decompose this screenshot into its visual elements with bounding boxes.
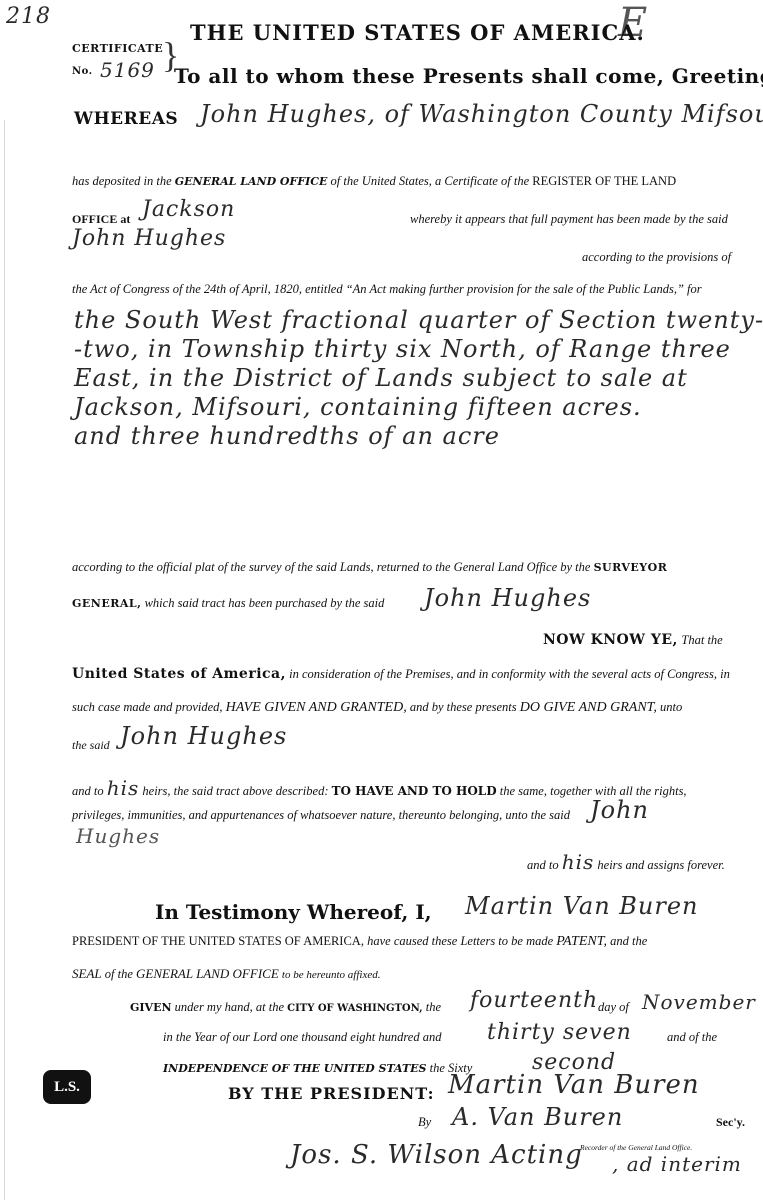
- recorder-signature: Jos. S. Wilson Acting: [290, 1140, 583, 1170]
- seal-text: SEAL: [72, 966, 102, 981]
- to-have-and-to-hold: TO HAVE AND TO HOLD: [332, 784, 497, 798]
- and-to-text: and to: [72, 784, 104, 798]
- year-handwritten: thirty seven: [487, 1020, 632, 1045]
- description-line: and three hundredths of an acre: [74, 422, 763, 451]
- office-at-label: OFFICE at: [72, 212, 130, 227]
- given-text: GIVEN: [130, 1001, 172, 1014]
- number-label: No.: [72, 66, 93, 77]
- whereby-text: whereby it appears that full payment has…: [410, 212, 728, 227]
- page-margin-line: [4, 120, 5, 1200]
- under-hand-text: under my hand, at the: [175, 1000, 284, 1014]
- seal-line: SEAL of the GENERAL LAND OFFICE to be he…: [72, 966, 380, 982]
- grantee-name-3b: Hughes: [76, 824, 160, 848]
- deposited-text: deposited in the: [93, 174, 172, 188]
- office-location: Jackson: [142, 197, 235, 222]
- page-number: 218: [6, 4, 51, 29]
- the-text: the: [426, 1000, 441, 1014]
- description-line: Jackson, Mifsouri, containing fifteen ac…: [74, 393, 763, 422]
- payer-name: John Hughes: [72, 226, 226, 251]
- grantee-name: John Hughes, of Washington County Mifsou…: [200, 100, 763, 128]
- whereas-label: WHEREAS: [74, 109, 178, 129]
- privileges-text: privileges, immunities, and appurtenance…: [72, 808, 570, 823]
- caused-text: have caused these Letters to be made: [367, 934, 553, 948]
- do-give-text: DO GIVE AND GRANT,: [520, 700, 657, 715]
- survey-text: according to the official plat of the su…: [72, 560, 590, 574]
- that-the-text: That the: [681, 633, 722, 647]
- provisions-text: according to the provisions of: [582, 250, 731, 265]
- purchaser-name: John Hughes: [424, 584, 591, 612]
- certificate-number: 5169: [100, 58, 155, 82]
- register-text: REGISTER OF THE LAND: [532, 174, 676, 188]
- description-line: the South West fractional quarter of Sec…: [74, 306, 763, 335]
- affixed-text: to be hereunto affixed.: [282, 969, 381, 981]
- document-title: THE UNITED STATES OF AMERICA.: [190, 20, 645, 45]
- have-given-text: HAVE GIVEN AND GRANTED,: [226, 700, 407, 715]
- surveyor-text: SURVEYOR: [594, 561, 668, 574]
- general-land-office-text: GENERAL LAND OFFICE: [136, 966, 279, 981]
- seal-ls: L.S.: [43, 1070, 91, 1104]
- by-label: By: [418, 1115, 431, 1130]
- president-name: Martin Van Buren: [465, 892, 699, 920]
- purchased-line: GENERAL, which said tract has been purch…: [72, 596, 384, 611]
- grantee-name-2: John Hughes: [120, 722, 287, 750]
- general-text: GENERAL,: [72, 597, 141, 610]
- patent-text: PATENT,: [556, 934, 607, 949]
- heirs-forever-line: and to his heirs and assigns forever.: [527, 850, 725, 874]
- secretary-signature: A. Van Buren: [452, 1103, 623, 1131]
- given-line: GIVEN under my hand, at the CITY OF WASH…: [130, 1000, 441, 1015]
- deposit-line: has deposited in the GENERAL LAND OFFICE…: [72, 174, 676, 189]
- such-case-text: such case made and provided,: [72, 700, 223, 714]
- certificate-label: CERTIFICATE: [72, 42, 163, 55]
- general-land-office: GENERAL LAND OFFICE: [175, 175, 328, 188]
- unto-text: unto: [660, 700, 682, 714]
- ad-interim-handwritten: , ad interim: [612, 1152, 742, 1176]
- the-said-label: the said: [72, 738, 110, 753]
- granted-line: such case made and provided, HAVE GIVEN …: [72, 700, 682, 716]
- and-the-text: and the: [610, 934, 647, 948]
- month-handwritten: November: [642, 990, 756, 1014]
- description-line: East, in the District of Lands subject t…: [74, 364, 763, 393]
- certificate-text: of the United States, a Certificate of t…: [331, 174, 530, 188]
- usa-bold: United States of America,: [72, 666, 286, 682]
- grantee-name-3a: John: [590, 796, 649, 824]
- secy-label: Sec'y.: [716, 1115, 745, 1130]
- of-the-text: of the: [105, 967, 133, 981]
- day-handwritten: fourteenth: [470, 988, 598, 1013]
- day-of-text: day of: [598, 1000, 629, 1015]
- and-to-text: and to: [527, 858, 559, 872]
- description-line: -two, in Township thirty six North, of R…: [74, 335, 763, 364]
- president-title: PRESIDENT OF THE UNITED STATES OF AMERIC…: [72, 934, 364, 948]
- his-handwritten: his: [107, 776, 140, 800]
- land-description: the South West fractional quarter of Sec…: [74, 306, 763, 451]
- by-the-president-label: BY THE PRESIDENT:: [228, 1084, 435, 1103]
- recorder-label: Recorder of the General Land Office.: [580, 1143, 692, 1152]
- his-handwritten: his: [562, 850, 595, 874]
- now-know-ye-line: NOW KNOW YE, That the: [543, 632, 723, 649]
- consideration-text: in consideration of the Premises, and in…: [289, 667, 730, 681]
- and-of-the-text: and of the: [667, 1030, 717, 1045]
- heirs-forever-text: heirs and assigns forever.: [597, 858, 724, 872]
- has-text: has: [72, 174, 89, 188]
- independence-text: INDEPENDENCE OF THE UNITED STATES: [163, 1062, 427, 1075]
- testimony-heading: In Testimony Whereof, I,: [155, 900, 432, 924]
- heirs-tract-text: heirs, the said tract above described:: [142, 784, 328, 798]
- purchased-text: which said tract has been purchased by t…: [145, 596, 385, 610]
- survey-line: according to the official plat of the su…: [72, 560, 667, 575]
- by-these-text: and by these presents: [410, 700, 517, 714]
- greeting: To all to whom these Presents shall come…: [174, 64, 763, 88]
- year-line-text: in the Year of our Lord one thousand eig…: [163, 1030, 441, 1045]
- city-text: CITY OF WASHINGTON,: [287, 1003, 423, 1014]
- president-line: PRESIDENT OF THE UNITED STATES OF AMERIC…: [72, 934, 647, 950]
- independence-line: INDEPENDENCE OF THE UNITED STATES the Si…: [163, 1061, 472, 1076]
- consideration-line: United States of America, in considerati…: [72, 666, 730, 682]
- act-of-congress-text: the Act of Congress of the 24th of April…: [72, 282, 702, 297]
- president-signature: Martin Van Buren: [448, 1070, 700, 1100]
- now-know-ye: NOW KNOW YE,: [543, 632, 678, 648]
